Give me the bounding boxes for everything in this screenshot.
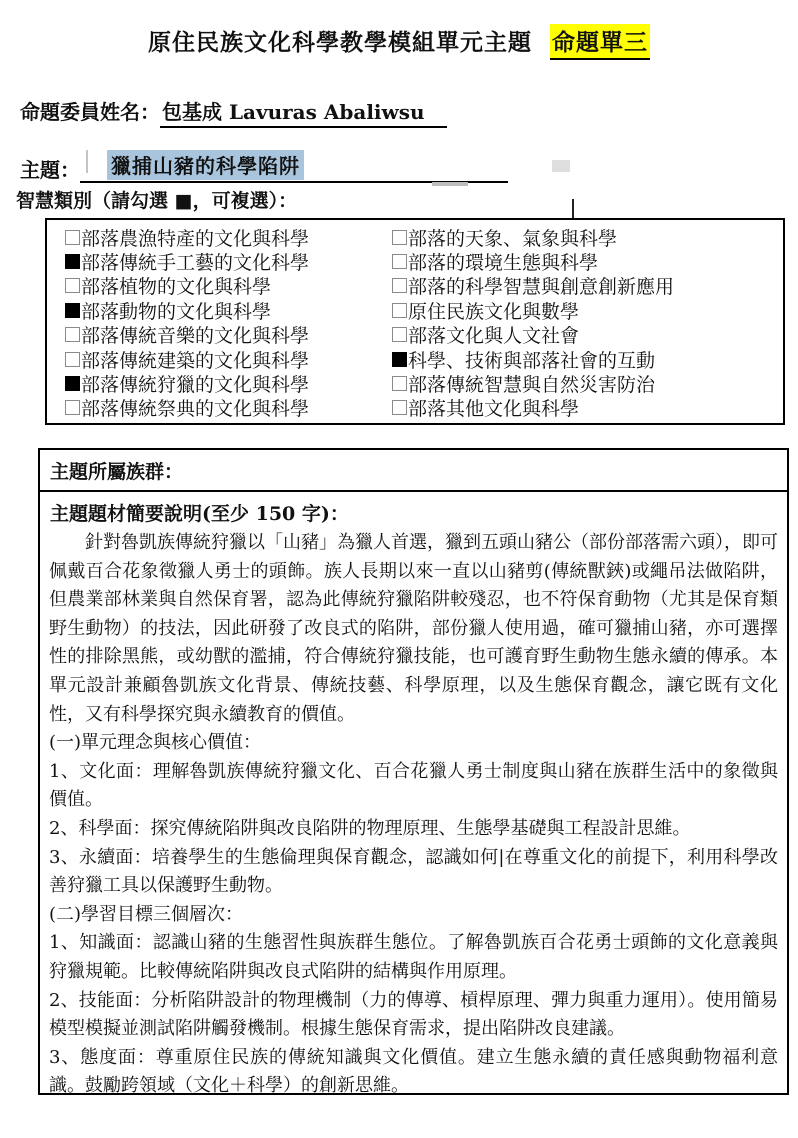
category-option[interactable]: 部落傳統建築的文化與科學: [65, 347, 309, 371]
category-option[interactable]: 部落的科學智慧與創意創新應用: [392, 274, 674, 298]
category-section-label: 智慧類別（請勾選 ■，可複選）：: [16, 186, 297, 213]
category-option-label: 部落傳統智慧與自然災害防治: [408, 370, 655, 397]
checkbox-checked-icon[interactable]: [392, 352, 407, 367]
checkbox-unchecked-icon[interactable]: [392, 376, 407, 391]
committee-label: 命題委員姓名：: [20, 100, 160, 124]
category-option-label: 部落其他文化與科學: [408, 394, 579, 421]
category-option-label: 部落的環境生態與科學: [408, 248, 598, 275]
category-option[interactable]: 部落傳統手工藝的文化科學: [65, 249, 309, 273]
checkbox-unchecked-icon[interactable]: [392, 254, 407, 269]
summary-paragraph: 3、態度面：尊重原住民族的傳統知識與文化價值。建立生態永續的責任感與動物福利意識…: [49, 1044, 778, 1101]
title-badge: 命題單三: [550, 24, 650, 60]
committee-row: 命題委員姓名：包基成 Lavuras Abaliwsu: [20, 96, 447, 128]
category-option-label: 部落傳統祭典的文化與科學: [81, 394, 309, 421]
category-option[interactable]: 原住民族文化與數學: [392, 298, 674, 322]
checkbox-checked-icon[interactable]: [65, 303, 80, 318]
checkbox-unchecked-icon[interactable]: [392, 278, 407, 293]
category-option[interactable]: 部落傳統狩獵的文化與科學: [65, 371, 309, 395]
category-checkbox-box: 部落農漁特產的文化與科學部落傳統手工藝的文化科學部落植物的文化與科學部落動物的文…: [45, 218, 785, 425]
summary-paragraph: 1、文化面：理解魯凱族傳統狩獵文化、百合花獵人勇士制度與山豬在族群生活中的象徵與…: [49, 758, 778, 815]
category-option-label: 科學、技術與部落社會的互動: [408, 346, 655, 373]
ethnic-group-label: 主題所屬族群：: [40, 450, 787, 492]
checkbox-unchecked-icon[interactable]: [392, 327, 407, 342]
topic-field[interactable]: 獵捕山豬的科學陷阱: [80, 150, 508, 183]
detail-box: 主題所屬族群： 主題題材簡要說明(至少 150 字)： 針對魯凱族傳統狩獵以「山…: [38, 448, 789, 1095]
topic-value-highlighted[interactable]: 獵捕山豬的科學陷阱: [107, 150, 304, 180]
gray-artifact: [552, 160, 570, 172]
checkbox-unchecked-icon[interactable]: [65, 230, 80, 245]
category-option-label: 部落傳統狩獵的文化與科學: [81, 370, 309, 397]
gray-underline-artifact: [432, 182, 468, 186]
checkbox-checked-icon[interactable]: [65, 376, 80, 391]
category-option-label: 部落動物的文化與科學: [81, 297, 271, 324]
summary-paragraph: (一)單元理念與核心價值：: [49, 729, 778, 758]
summary-paragraph: 2、技能面：分析陷阱設計的物理機制（力的傳導、槓桿原理、彈力與重力運用）。使用簡…: [49, 987, 778, 1044]
checkbox-unchecked-icon[interactable]: [392, 400, 407, 415]
title-text: 原住民族文化科學教學模組單元主題: [148, 29, 532, 56]
category-option-label: 部落的科學智慧與創意創新應用: [408, 272, 674, 299]
summary-paragraph: 2、科學面：探究傳統陷阱與改良陷阱的物理原理、生態學基礎與工程設計思維。: [49, 815, 778, 844]
category-column-right: 部落的天象、氣象與科學部落的環境生態與科學部落的科學智慧與創意創新應用原住民族文…: [392, 225, 674, 420]
category-option-label: 部落農漁特產的文化與科學: [81, 224, 309, 251]
category-option[interactable]: 部落動物的文化與科學: [65, 298, 309, 322]
checkbox-unchecked-icon[interactable]: [65, 278, 80, 293]
category-option-label: 部落文化與人文社會: [408, 321, 579, 348]
category-option[interactable]: 部落的天象、氣象與科學: [392, 225, 674, 249]
category-option[interactable]: 科學、技術與部落社會的互動: [392, 347, 674, 371]
summary-text-area[interactable]: 針對魯凱族傳統狩獵以「山豬」為獵人首選，獵到五頭山豬公（部份部落需六頭），即可佩…: [49, 529, 778, 1101]
category-option-label: 部落傳統音樂的文化與科學: [81, 321, 309, 348]
category-option[interactable]: 部落農漁特產的文化與科學: [65, 225, 309, 249]
category-column-left: 部落農漁特產的文化與科學部落傳統手工藝的文化科學部落植物的文化與科學部落動物的文…: [65, 225, 309, 420]
checkbox-unchecked-icon[interactable]: [392, 303, 407, 318]
summary-section-label: 主題題材簡要說明(至少 150 字)：: [50, 499, 777, 526]
category-option[interactable]: 部落文化與人文社會: [392, 323, 674, 347]
category-option[interactable]: 部落傳統音樂的文化與科學: [65, 323, 309, 347]
category-option[interactable]: 部落傳統智慧與自然災害防治: [392, 371, 674, 395]
checkbox-unchecked-icon[interactable]: [65, 400, 80, 415]
topic-label: 主題：: [20, 158, 80, 182]
document-page: 原住民族文化科學教學模組單元主題命題單三 命題委員姓名：包基成 Lavuras …: [0, 0, 798, 1138]
category-option[interactable]: 部落的環境生態與科學: [392, 249, 674, 273]
topic-row: 主題：獵捕山豬的科學陷阱: [20, 150, 508, 183]
category-option[interactable]: 部落其他文化與科學: [392, 396, 674, 420]
page-title: 原住民族文化科學教學模組單元主題命題單三: [0, 24, 798, 60]
summary-paragraph: 3、永續面：培養學生的生態倫理與保育觀念，認識如何|在尊重文化的前提下，利用科學…: [49, 844, 778, 901]
checkbox-unchecked-icon[interactable]: [392, 230, 407, 245]
summary-paragraph: (二)學習目標三個層次：: [49, 901, 778, 930]
category-option-label: 原住民族文化與數學: [408, 297, 579, 324]
checkbox-unchecked-icon[interactable]: [65, 327, 80, 342]
summary-paragraph: 1、知識面：認識山豬的生態習性與族群生態位。了解魯凱族百合花勇士頭飾的文化意義與…: [49, 929, 778, 986]
category-option-label: 部落的天象、氣象與科學: [408, 224, 617, 251]
category-option-label: 部落傳統手工藝的文化科學: [81, 248, 309, 275]
category-option[interactable]: 部落傳統祭典的文化與科學: [65, 396, 309, 420]
committee-name-field[interactable]: 包基成 Lavuras Abaliwsu: [160, 96, 447, 128]
column-divider-tick: [572, 199, 574, 218]
category-option-label: 部落傳統建築的文化與科學: [81, 346, 309, 373]
checkbox-unchecked-icon[interactable]: [65, 352, 80, 367]
checkbox-checked-icon[interactable]: [65, 254, 80, 269]
category-option-label: 部落植物的文化與科學: [81, 272, 271, 299]
category-option[interactable]: 部落植物的文化與科學: [65, 274, 309, 298]
summary-paragraph: 針對魯凱族傳統狩獵以「山豬」為獵人首選，獵到五頭山豬公（部份部落需六頭），即可佩…: [49, 529, 778, 729]
